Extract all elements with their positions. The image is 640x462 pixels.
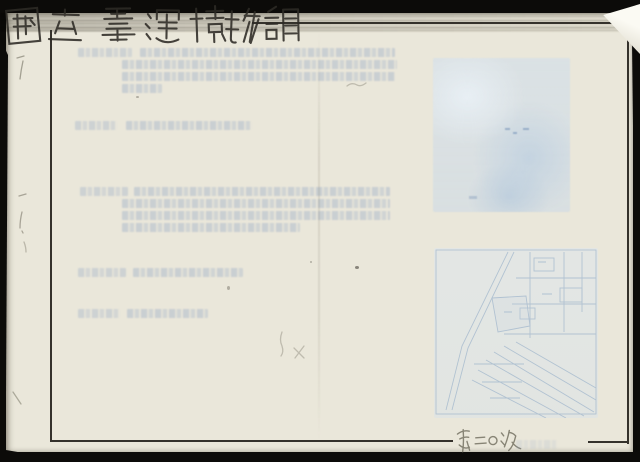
binding-mark <box>19 194 26 233</box>
paper-speck <box>136 96 139 98</box>
binding-mark <box>13 392 21 404</box>
pencil-marks-layer <box>0 0 640 462</box>
page-mark-glyphs <box>451 422 523 461</box>
binding-mark <box>24 242 26 252</box>
paper-speck <box>355 266 359 269</box>
paper-speck <box>227 286 230 290</box>
scanned-document: 國立臺灣博物館 <box>0 0 640 462</box>
binding-mark <box>17 56 24 79</box>
paper-speck <box>310 261 312 263</box>
faint-stamp-remnant <box>516 440 558 449</box>
pencil-squiggle <box>281 83 367 358</box>
